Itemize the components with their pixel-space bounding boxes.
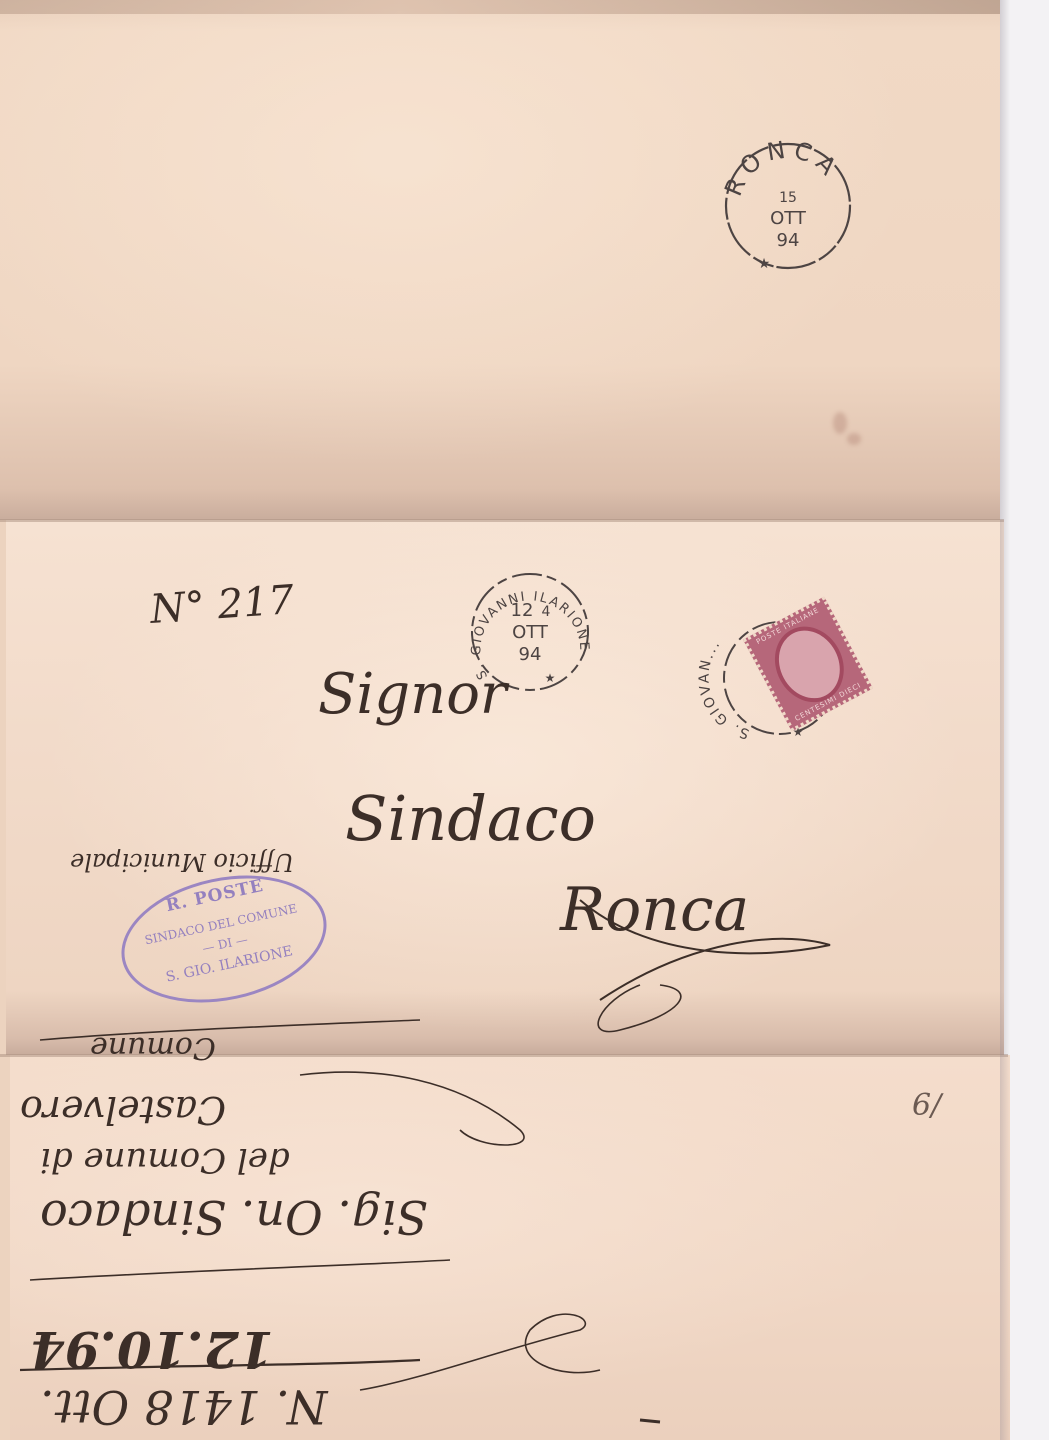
ink-flourishes	[0, 0, 1049, 1440]
